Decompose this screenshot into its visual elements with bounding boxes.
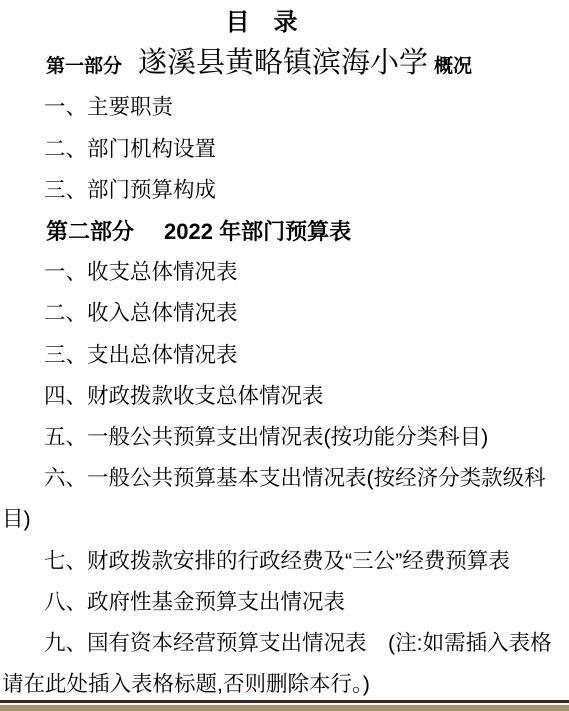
part2-name: 2022 年部门预算表	[164, 219, 351, 244]
toc-item-part2-5: 五、一般公共预算支出情况表(按功能分类科目)	[2, 417, 569, 458]
toc-item-part2-2: 二、收入总体情况表	[2, 293, 569, 334]
page-title: 目 录	[2, 2, 569, 43]
part2-label: 第二部分	[46, 219, 134, 244]
page-border-bottom	[0, 700, 569, 711]
toc-item-part1-2: 二、部门机构设置	[2, 129, 569, 170]
page-border-khaki-band	[0, 705, 569, 711]
toc-item-part2-8: 八、政府性基金预算支出情况表	[2, 582, 569, 623]
part1-suffix: 概况	[434, 56, 472, 77]
toc-item-part2-6: 六、一般公共预算基本支出情况表(按经济分类款级科目)	[2, 458, 569, 540]
toc-item-part1-1: 一、主要职责	[2, 87, 569, 128]
part1-heading: 第一部分遂溪县黄略镇滨海小学概况	[2, 43, 569, 87]
part2-heading: 第二部分2022 年部门预算表	[2, 211, 569, 252]
toc-item-part2-9: 九、国有资本经营预算支出情况表 (注:如需插入表格请在此处插入表格标题,否则删除…	[2, 623, 569, 700]
toc-page: 目 录 第一部分遂溪县黄略镇滨海小学概况 一、主要职责 二、部门机构设置 三、部…	[0, 0, 569, 700]
toc-item-part2-7: 七、财政拨款安排的行政经费及“三公”经费预算表	[2, 541, 569, 582]
toc-item-part2-4: 四、财政拨款收支总体情况表	[2, 376, 569, 417]
part1-label: 第一部分	[46, 56, 122, 77]
toc-item-part2-1: 一、收支总体情况表	[2, 252, 569, 293]
toc-item-part2-3: 三、支出总体情况表	[2, 335, 569, 376]
toc-item-part1-3: 三、部门预算构成	[2, 170, 569, 211]
part1-unit-name: 遂溪县黄略镇滨海小学	[138, 47, 428, 79]
